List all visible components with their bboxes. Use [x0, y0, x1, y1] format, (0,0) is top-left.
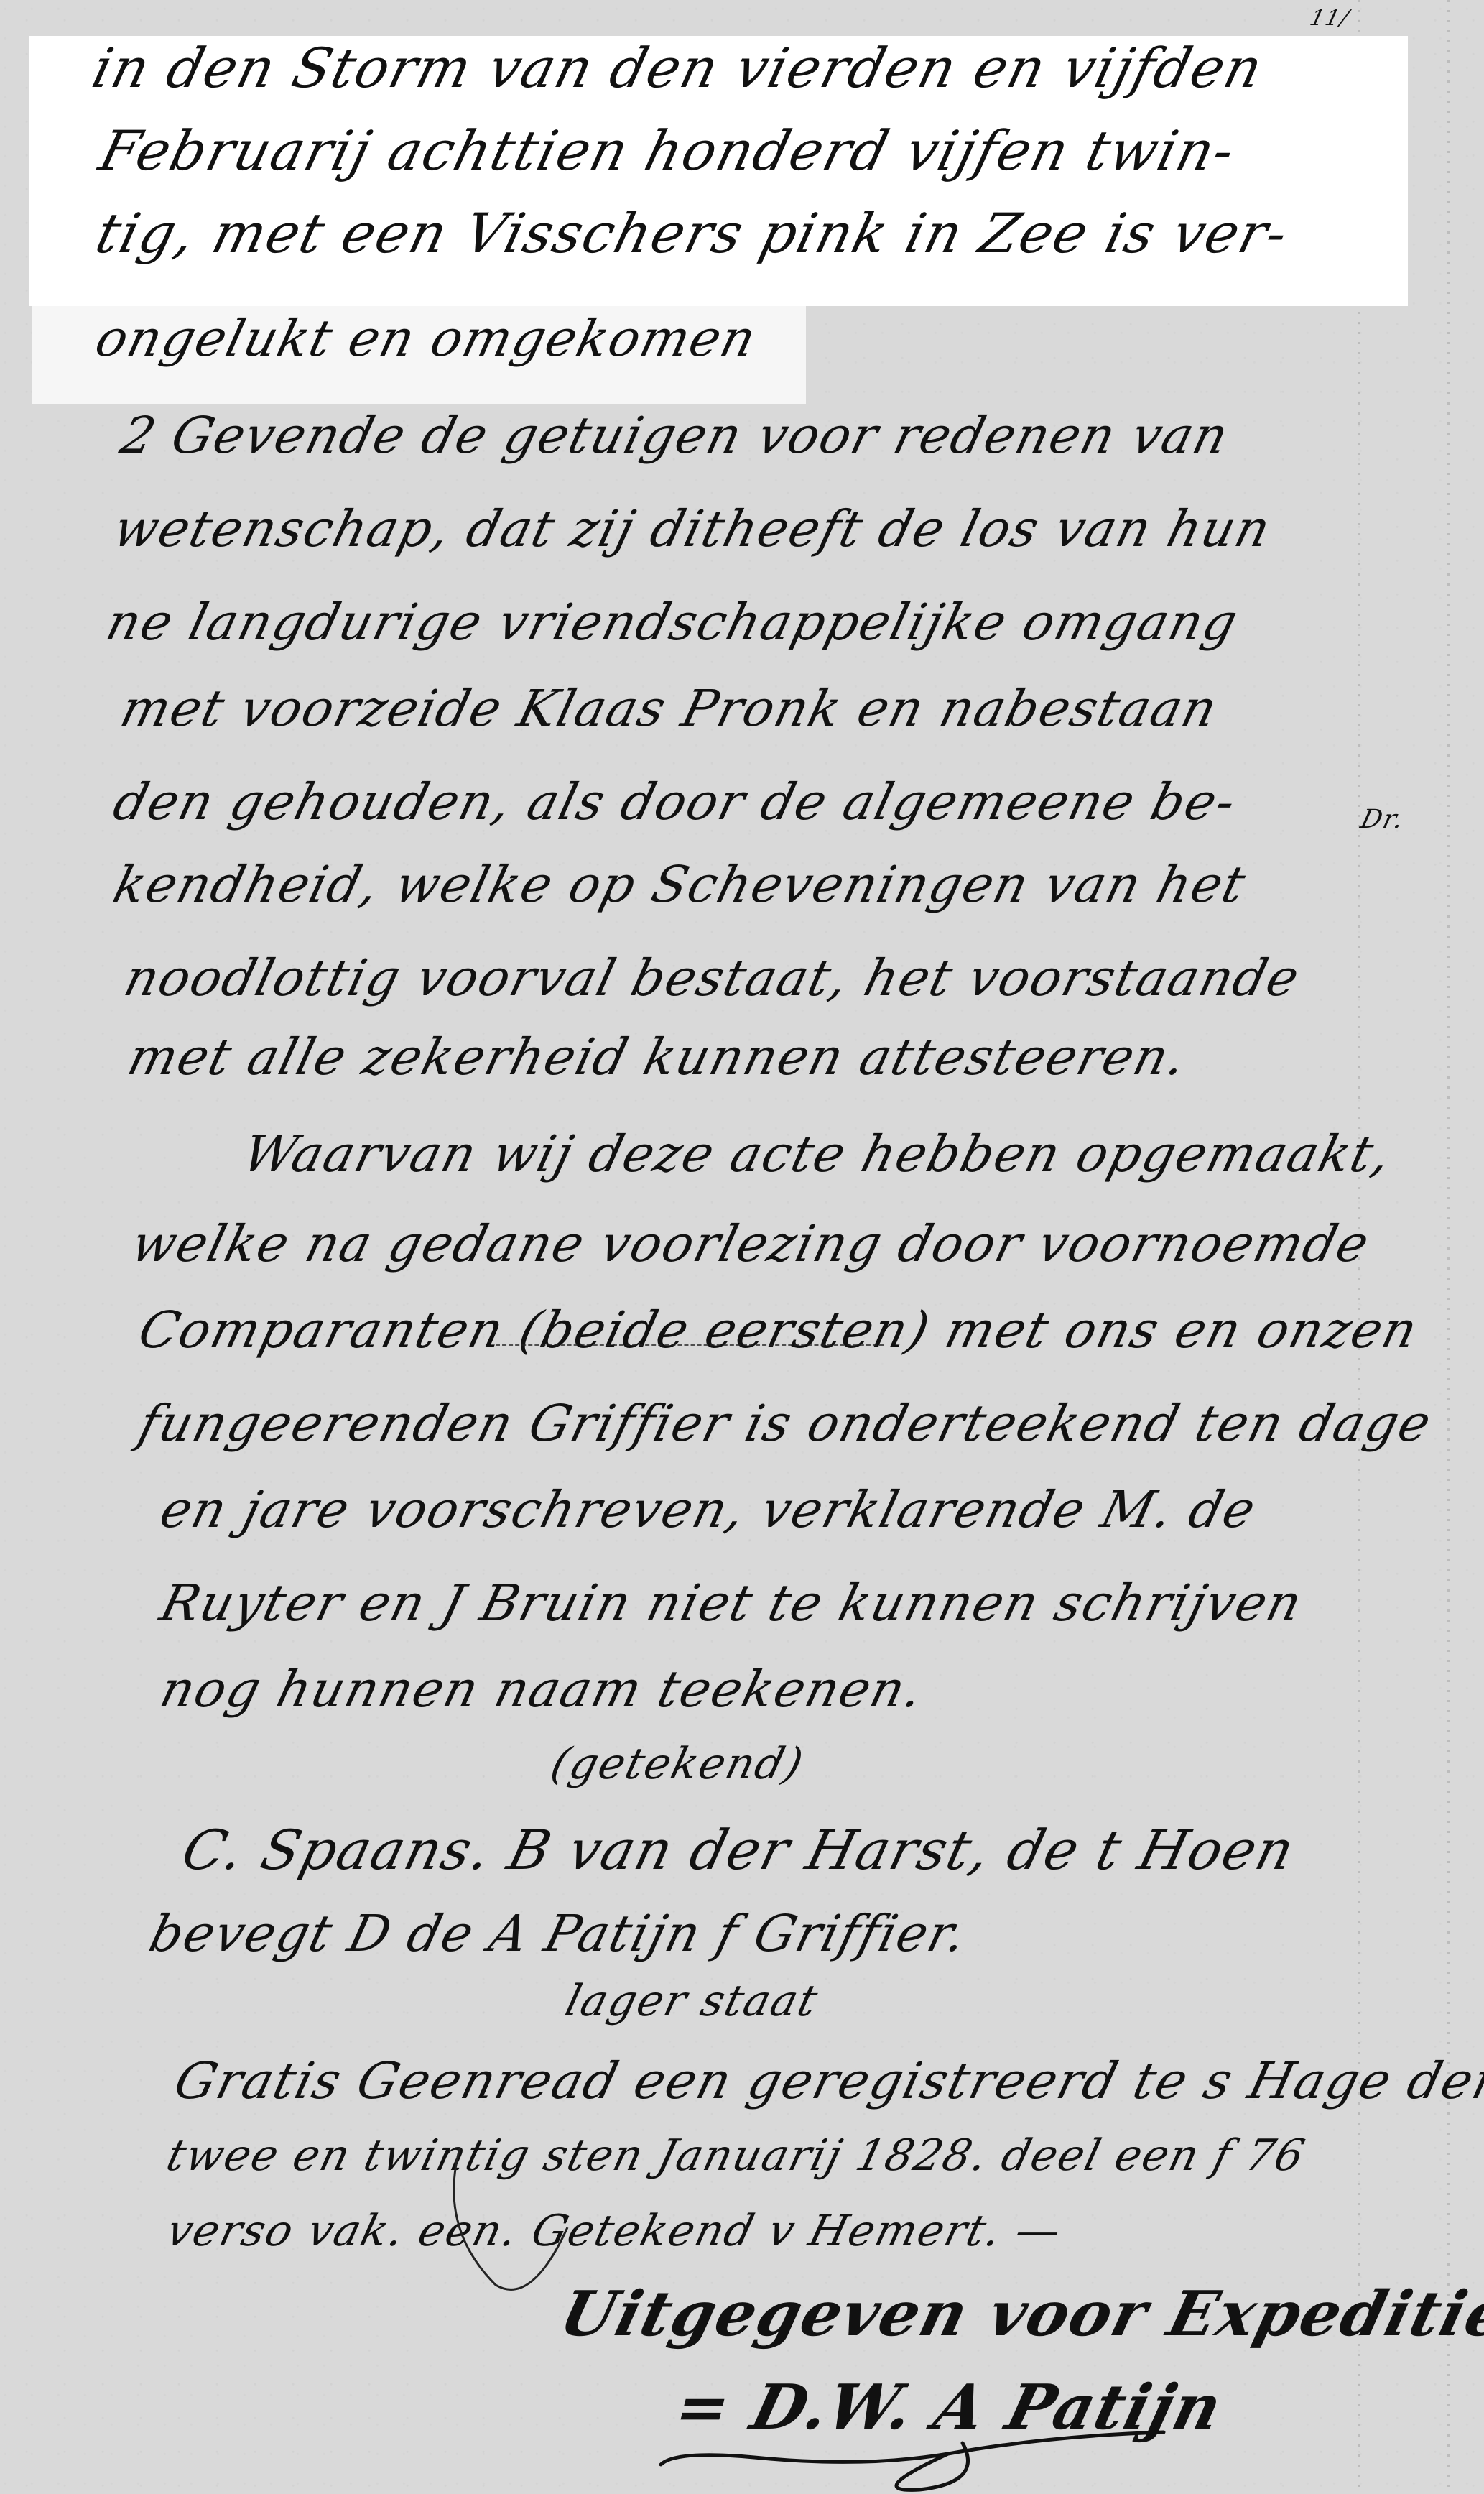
handwritten-line: Ruyter en J Bruin niet te kunnen schrijv… — [154, 1574, 1309, 1632]
handwritten-line: verso vak. een. Getekend v Hemert. — — [162, 2206, 1067, 2256]
handwritten-line: twee en twintig sten Januarij 1828. deel… — [162, 2130, 1311, 2181]
signature-line: bevegt D de A Patijn f Griffier. — [144, 1904, 973, 1963]
handwritten-line: welke na gedane voorlezing door voornoem… — [126, 1214, 1376, 1273]
handwritten-line: wetenschap, dat zij ditheeft de los van … — [108, 499, 1277, 558]
signature-line: C. Spaans. B van der Harst, de t Hoen — [176, 1818, 1302, 1882]
handwritten-line: den gehouden, als door de algemeene be- — [108, 772, 1243, 831]
paraph-flourish-icon — [431, 2141, 589, 2306]
handwritten-line: Waarvan wij deze acte hebben opgemaakt, — [237, 1124, 1398, 1183]
handwritten-line: tig, met een Visschers pink in Zee is ve… — [90, 201, 1295, 265]
handwritten-line: kendheid, welke op Scheveningen van het — [108, 855, 1252, 914]
handwritten-line: Gratis Geenread een geregistreerd te s H… — [169, 2051, 1484, 2110]
handwritten-line: ongelukt en omgekomen — [90, 309, 763, 368]
margin-note-top: 11/ — [1307, 6, 1353, 31]
document-page: 11/ Dr. in den Storm van den vierden en … — [0, 0, 1484, 2494]
handwritten-line: Comparanten (beide eersten) met ons en o… — [133, 1301, 1424, 1359]
handwritten-line: noodlottig voorval bestaat, het voorstaa… — [119, 948, 1306, 1007]
handwritten-line: nog hunnen naam teekenen. — [154, 1660, 930, 1719]
handwritten-line: fungeerenden Griffier is onderteekend te… — [133, 1394, 1438, 1453]
certification-line: Uitgegeven voor Expeditie — [553, 2278, 1484, 2350]
handwritten-line: in den Storm van den vierden en vijfden — [86, 36, 1270, 100]
handwritten-line: lager staat — [560, 1976, 824, 2026]
handwritten-line: en jare voorschreven, verklarende M. de — [154, 1480, 1263, 1539]
signature-flourish-icon — [646, 2414, 1293, 2493]
bracket-underline — [496, 1344, 884, 1350]
handwritten-line: 2 Gevende de getuigen voor redenen van — [115, 406, 1235, 465]
fold-line-right — [1447, 0, 1450, 2494]
handwritten-line: ne langdurige vriendschappelijke omgang — [101, 593, 1245, 652]
handwritten-line: met voorzeide Klaas Pronk en nabestaan — [115, 679, 1224, 738]
handwritten-line: (getekend) — [546, 1739, 810, 1789]
margin-note-right: Dr. — [1358, 805, 1408, 834]
handwritten-line: Februarij achttien honderd vijfen twin- — [93, 119, 1243, 183]
handwritten-line: met alle zekerheid kunnen attesteeren. — [122, 1027, 1193, 1086]
